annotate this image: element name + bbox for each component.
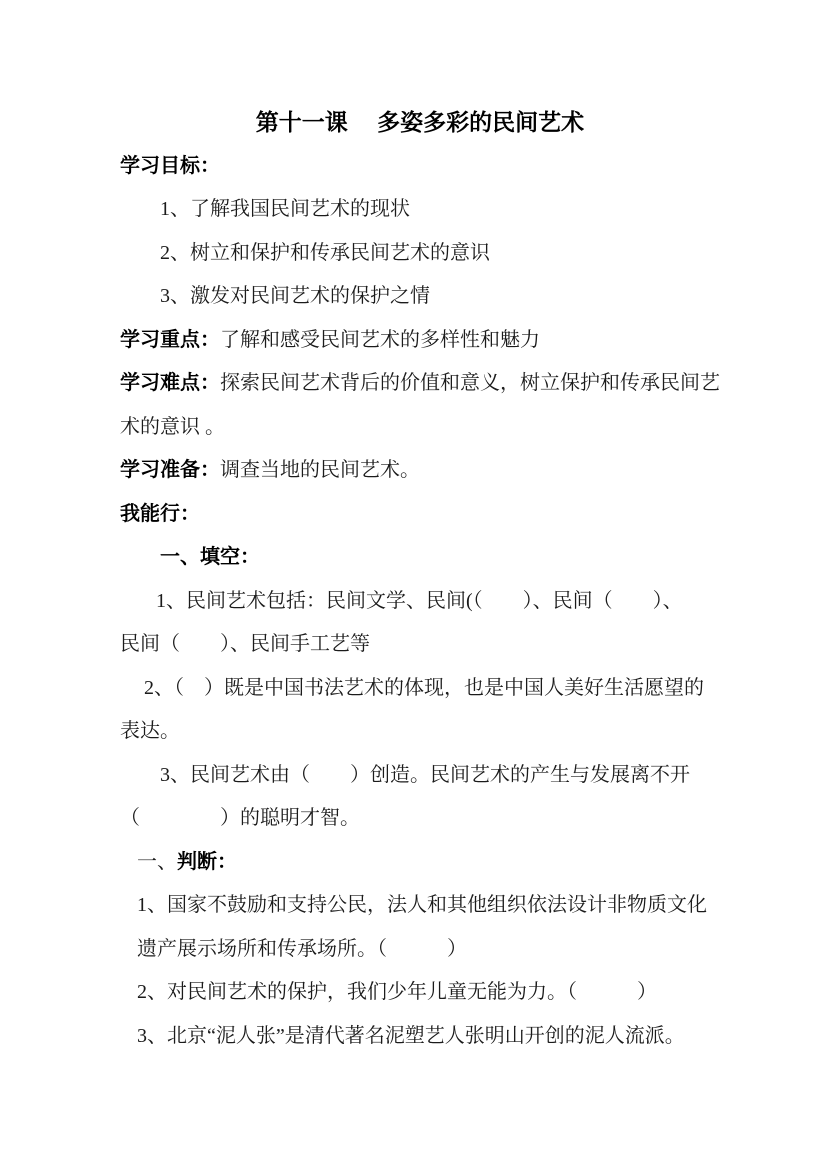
- difficulty-continuation: 术的意识 。: [120, 406, 720, 450]
- judge-q1-line1: 1、国家不鼓励和支持公民，法人和其他组织依法设计非物质文化: [137, 884, 720, 928]
- goal-item-3: 3、激发对民间艺术的保护之情: [120, 275, 720, 319]
- difficulty-text: 探索民间艺术背后的价值和意义，树立保护和传承民间艺: [220, 372, 720, 394]
- preparation-text: 调查当地的民间艺术。: [220, 459, 420, 481]
- goals-label-text: 学习目标：: [120, 155, 220, 177]
- judge-q1-line2: 遗产展示场所和传承场所。（ ）: [137, 928, 720, 972]
- preparation-line: 学习准备：调查当地的民间艺术。: [120, 449, 720, 493]
- focus-text: 了解和感受民间艺术的多样性和魅力: [220, 329, 540, 351]
- fill-heading-text: 一、填空：: [160, 546, 260, 568]
- preparation-label: 学习准备：: [120, 459, 220, 481]
- judge-q3: 3、北京“泥人张”是清代著名泥塑艺人张明山开创的泥人流派。: [137, 1015, 720, 1059]
- focus-label: 学习重点：: [120, 329, 220, 351]
- fill-q2-line1: 2、（ ）既是中国书法艺术的体现，也是中国人美好生活愿望的: [120, 667, 720, 711]
- document-page: 第十一课 多姿多彩的民间艺术 学习目标： 1、了解我国民间艺术的现状 2、树立和…: [0, 0, 827, 1169]
- fill-q3-line2: （ ）的聪明才智。: [120, 797, 720, 841]
- i-can-label-text: 我能行：: [120, 503, 200, 525]
- difficulty-line: 学习难点：探索民间艺术背后的价值和意义，树立保护和传承民间艺: [120, 362, 720, 406]
- fill-heading: 一、填空：: [120, 536, 720, 580]
- judge-heading-text: 判断：: [177, 851, 237, 873]
- goals-label: 学习目标：: [120, 145, 720, 189]
- fill-q1-line2: 民间（ ）、民间手工艺等: [120, 623, 720, 667]
- page-title: 第十一课 多姿多彩的民间艺术: [120, 101, 720, 145]
- fill-q1-line1: 1、民间艺术包括：民间文学、民间(（ ）、民间（ ）、: [120, 580, 720, 624]
- goal-item-1: 1、了解我国民间艺术的现状: [120, 188, 720, 232]
- i-can-label: 我能行：: [120, 493, 720, 537]
- judge-heading-prefix: 一、: [137, 851, 177, 873]
- judge-q2: 2、对民间艺术的保护，我们少年儿童无能为力。（ ）: [137, 971, 720, 1015]
- document-content: 第十一课 多姿多彩的民间艺术 学习目标： 1、了解我国民间艺术的现状 2、树立和…: [120, 101, 720, 1058]
- difficulty-label: 学习难点：: [120, 372, 220, 394]
- focus-line: 学习重点：了解和感受民间艺术的多样性和魅力: [120, 319, 720, 363]
- judge-heading: 一、判断：: [137, 841, 720, 885]
- fill-q3-line1: 3、民间艺术由（ ）创造。民间艺术的产生与发展离不开: [120, 754, 720, 798]
- fill-q2-line2: 表达。: [120, 710, 720, 754]
- goal-item-2: 2、树立和保护和传承民间艺术的意识: [120, 232, 720, 276]
